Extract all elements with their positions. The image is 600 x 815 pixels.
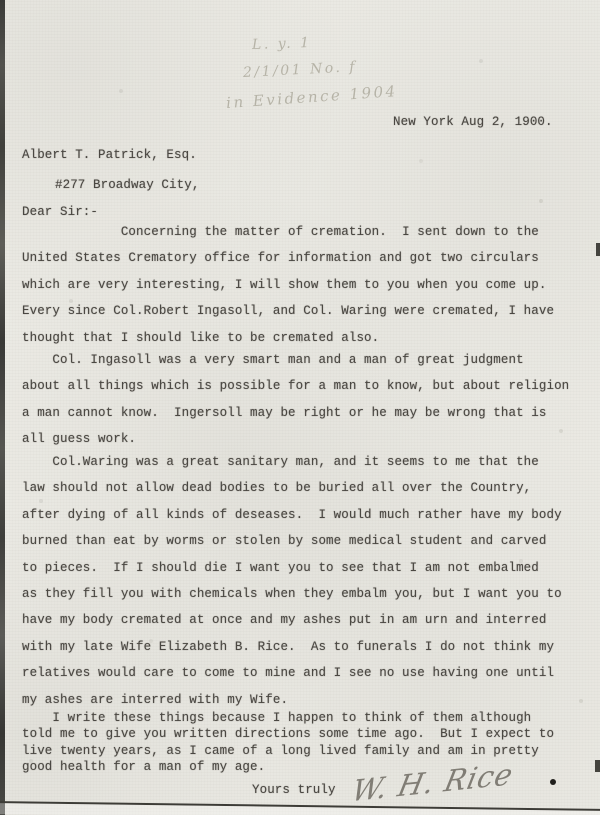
ink-dot	[550, 779, 556, 785]
scan-left-edge	[0, 0, 5, 815]
scan-speckles	[0, 0, 2, 2]
paragraph-2: Col. Ingasoll was a very smart man and a…	[22, 347, 580, 453]
pencil-annotation-line3: in Evidence 1904	[226, 82, 399, 112]
pencil-annotation-line2: 2/1/01 No. f	[243, 59, 358, 81]
scan-edge-nick	[595, 760, 600, 772]
recipient-address: #277 Broadway City,	[55, 172, 600, 198]
recipient-name: Albert T. Patrick, Esq.	[22, 142, 580, 168]
date-line: New York Aug 2, 1900.	[393, 109, 593, 135]
pencil-annotation-line1: L. y. 1	[252, 35, 312, 53]
scanned-letter-page: L. y. 1 2/1/01 No. f in Evidence 1904 Ne…	[0, 0, 600, 815]
paragraph-3: Col.Waring was a great sanitary man, and…	[22, 449, 580, 713]
paragraph-1: Concerning the matter of cremation. I se…	[22, 219, 580, 351]
scan-edge-nick	[596, 243, 600, 256]
